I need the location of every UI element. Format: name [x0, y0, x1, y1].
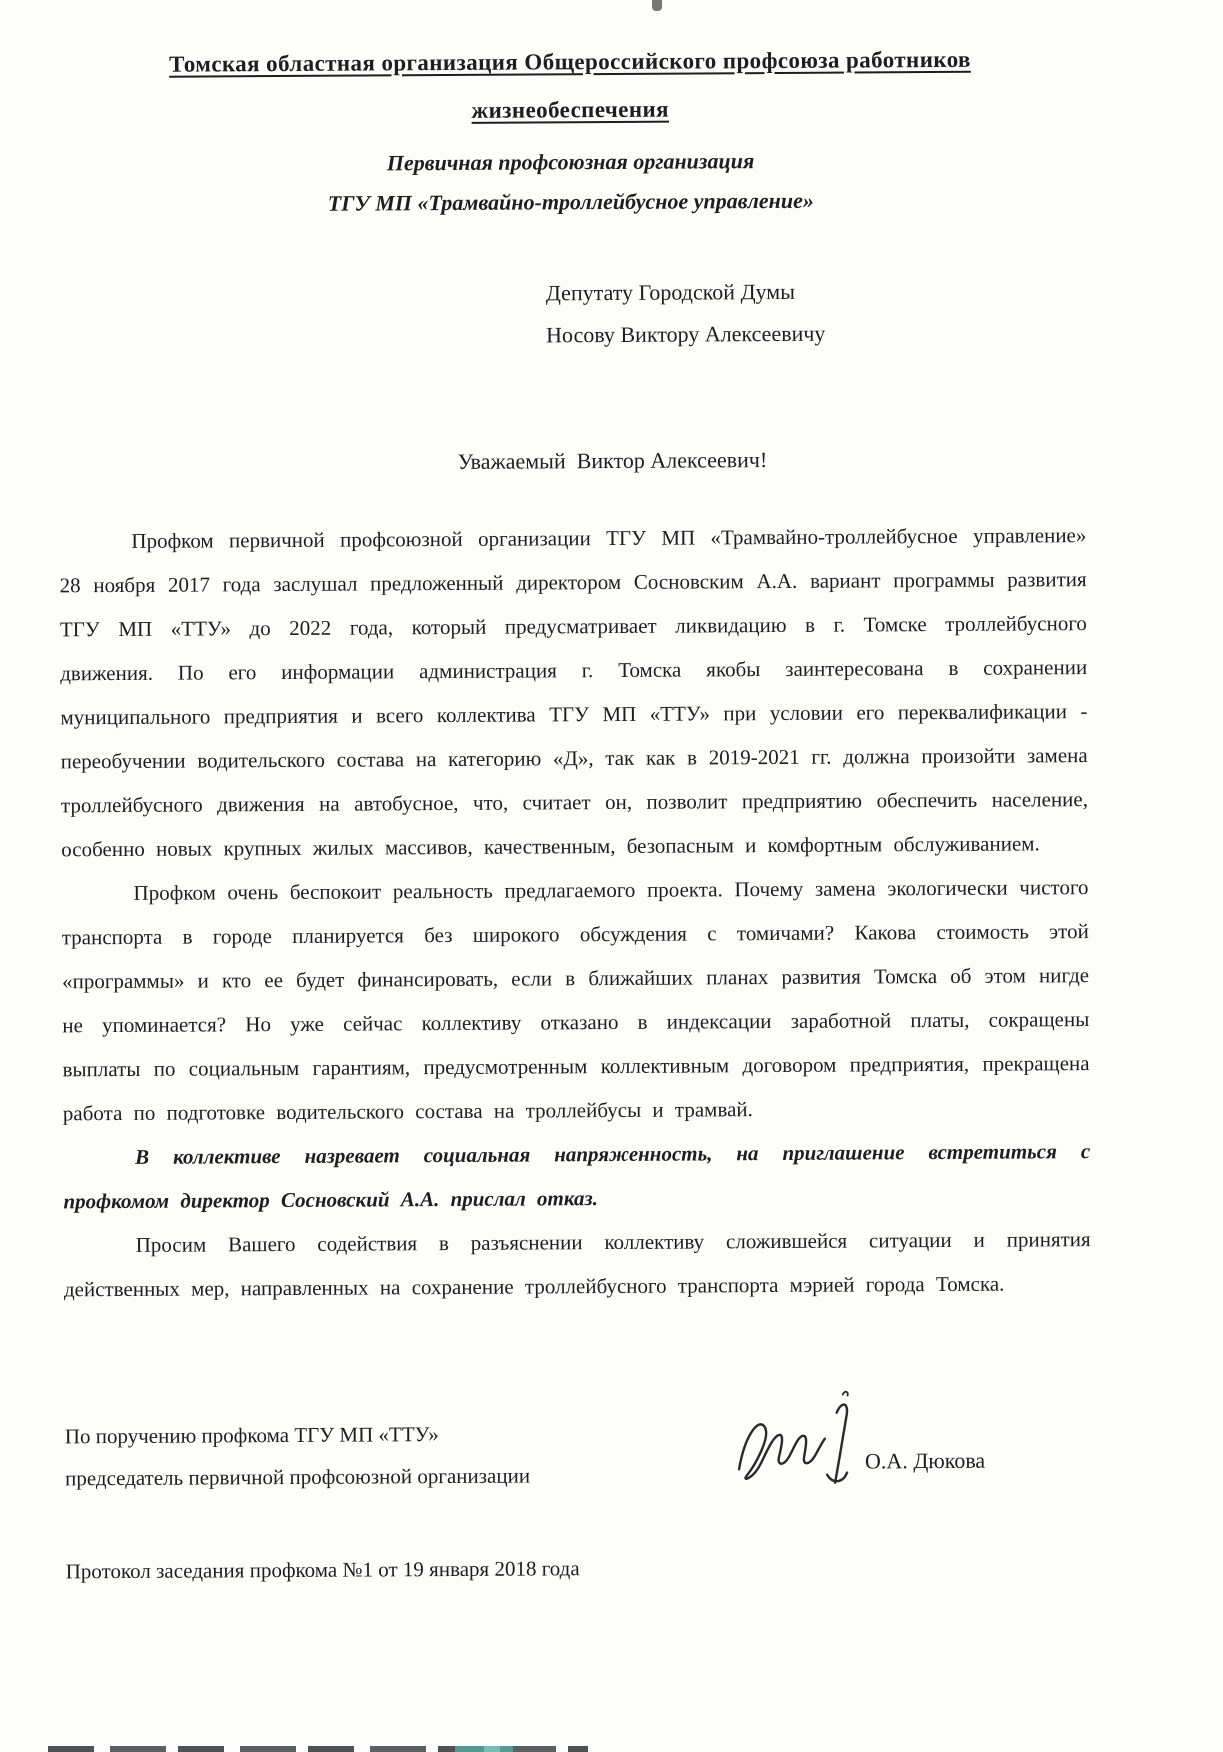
letter-content: Томская областная организация Общероссий… [0, 0, 1223, 1585]
organization-title-line2: жизнеобеспечения [471, 86, 669, 135]
paragraph-concerns: Профком очень беспокоит реальность предл… [61, 865, 1090, 1135]
scan-artifact-bottom-teal [455, 1746, 513, 1752]
primary-organization-subtitle: Первичная профсоюзная организация ТГУ МП… [57, 139, 1084, 225]
letter-body: Профком первичной профсоюзной организаци… [59, 513, 1091, 1311]
paragraph-social-tension: В коллективе назревает социальная напряж… [63, 1129, 1091, 1223]
addressee-title: Депутату Городской Думы [546, 269, 1085, 314]
salutation: Уважаемый Виктор Алексеевич! [99, 445, 1126, 477]
signature-block: По поручению профкома ТГУ МП «ТТУ» предс… [65, 1409, 1092, 1499]
addressee-name: Носову Виктору Алексеевичу [546, 311, 1085, 356]
primary-organization-line2: ТГУ МП «Трамвайно-троллейбусное управлен… [57, 179, 1084, 225]
addressee-block: Депутату Городской Думы Носову Виктору А… [58, 269, 1085, 359]
signature-attribution: По поручению профкома ТГУ МП «ТТУ» предс… [65, 1411, 726, 1499]
organization-title-line1: Томская областная организация Общероссий… [169, 36, 971, 89]
paragraph-program-overview: Профком первичной профсоюзной организаци… [59, 513, 1088, 871]
signer-name: О.А. Дюкова [865, 1440, 985, 1483]
signature-attribution-line2: председатель первичной профсоюзной орган… [65, 1453, 725, 1499]
paragraph-request: Просим Вашего содействия в разъяснении к… [64, 1217, 1092, 1311]
scanned-letter-page: Томская областная организация Общероссий… [0, 0, 1223, 1752]
protocol-reference-line: Протокол заседания профкома №1 от 19 янв… [66, 1553, 1093, 1584]
primary-organization-line1: Первичная профсоюзная организация [57, 139, 1084, 185]
signature-attribution-line1: По поручению профкома ТГУ МП «ТТУ» [65, 1411, 725, 1457]
handwritten-signature-icon [725, 1382, 866, 1493]
organization-title: Томская областная организация Общероссий… [56, 35, 1084, 137]
